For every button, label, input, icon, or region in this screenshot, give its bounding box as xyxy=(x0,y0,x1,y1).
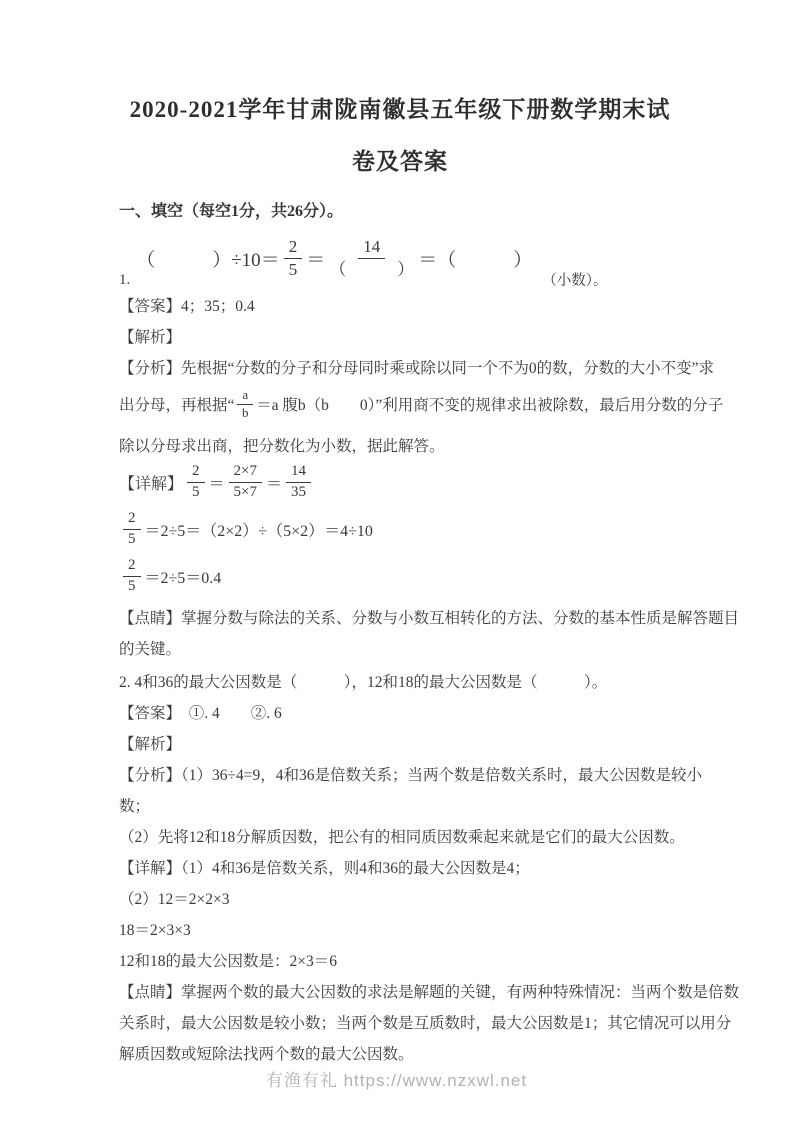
q1-fenxi-line2: 出分母，再根据“ a b ＝a 腹b（b 0）”利用商不变的规律求出被除数，最后… xyxy=(119,384,681,424)
fraction-a-over-b: a b xyxy=(237,388,253,421)
q1-number: 1. xyxy=(119,272,130,289)
q1-xiangjie-row2-text: ＝2÷5＝（2×2）÷（5×2）＝4÷10 xyxy=(145,518,373,541)
section1-heading: 一、填空（每空1分，共26分）。 xyxy=(119,198,681,221)
q2-xiangjie-line2: （2）12＝2×2×3 xyxy=(119,892,681,908)
q1-fenxi-line3: 除以分母求出商，把分数化为小数，据此解答。 xyxy=(119,439,681,455)
q2-xiangjie-line1: 【详解】（1）4和36是倍数关系，则4和36的最大公因数是4； xyxy=(119,861,681,877)
q1-dianjing-line2: 的关键。 xyxy=(119,642,681,658)
q1-xiangjie-row1: 【详解】 2 5 ＝ 2×7 5×7 ＝ 14 35 xyxy=(119,462,681,502)
fraction-denominator: 5 xyxy=(128,530,136,548)
q1-formula-equals: ＝ xyxy=(306,245,325,272)
q1-dianjing-line1: 【点睛】掌握分数与除法的关系、分数与小数互相转化的方法、分数的基本性质是解答题目 xyxy=(119,611,681,627)
q2-dianjing-line3: 解质因数或短除法找两个数的最大公因数。 xyxy=(119,1047,681,1063)
q1-decimal-note: （小数）。 xyxy=(542,269,607,290)
q1-fenxi-line2-pre: 出分母，再根据“ xyxy=(119,393,234,415)
q1-formula-post: ＝（ ） xyxy=(418,245,532,272)
fraction-numerator: 2 xyxy=(284,237,303,259)
q2-fenxi-line2: 数； xyxy=(119,799,681,815)
q2-xiangjie-line4: 12和18的最大公因数是：2×3＝6 xyxy=(119,954,681,970)
fraction-numerator: 2 xyxy=(187,463,205,482)
q2-answer: 【答案】 ①. 4 ②. 6 xyxy=(119,706,681,722)
q2-jiexi-label: 【解析】 xyxy=(119,737,681,753)
fraction-14-over-35: 14 35 xyxy=(286,463,311,501)
fraction-numerator: a xyxy=(237,388,253,405)
equals-sign: ＝ xyxy=(209,471,225,494)
fraction-denominator: 5×7 xyxy=(234,483,257,501)
fraction-numerator: 2×7 xyxy=(229,463,262,482)
document-page: 2020-2021学年甘肃陇南徽县五年级下册数学期末试卷及答案 一、填空（每空1… xyxy=(0,0,793,1122)
fraction-numerator: 14 xyxy=(358,237,385,259)
fraction-denominator: 5 xyxy=(289,259,298,280)
q1-formula: 1. （ ）÷10＝ 2 5 ＝ 14 （ ） ＝（ ） （小数）。 xyxy=(119,229,681,287)
q2-fenxi-line1: 【分析】（1）36÷4=9，4和36是倍数关系；当两个数是倍数关系时，最大公因数… xyxy=(119,768,681,784)
fraction-2-over-5: 2 5 xyxy=(284,237,303,279)
fraction-numerator: 2 xyxy=(123,510,141,529)
q2-xiangjie-line3: 18＝2×3×3 xyxy=(119,923,681,939)
fraction-14-over-blank: 14 （ ） xyxy=(329,237,414,279)
q1-answer: 【答案】4；35；0.4 xyxy=(119,299,681,315)
fraction-denominator-blank: （ ） xyxy=(329,259,414,280)
q2-dianjing-line2: 关系时，最大公因数是较小数；当两个数是互质数时，最大公因数是1；其它情况可以用分 xyxy=(119,1016,681,1032)
fraction-2-over-5: 2 5 xyxy=(187,463,205,501)
fraction-2x7-over-5x7: 2×7 5×7 xyxy=(229,463,262,501)
fraction-2-over-5: 2 5 xyxy=(123,557,141,595)
fraction-2-over-5: 2 5 xyxy=(123,510,141,548)
equals-sign: ＝ xyxy=(266,471,282,494)
q1-xiangjie-label: 【详解】 xyxy=(119,471,183,494)
q1-fenxi-line2-post: ＝a 腹b（b 0）”利用商不变的规律求出被除数，最后用分数的分子 xyxy=(256,393,723,415)
fraction-numerator: 14 xyxy=(286,463,311,482)
q1-xiangjie-row3-text: ＝2÷5＝0.4 xyxy=(145,565,222,588)
q1-fenxi-line1: 【分析】先根据“分数的分子和分母同时乘或除以同一个不为0的数，分数的大小不变”求 xyxy=(119,361,681,377)
fraction-denominator: 5 xyxy=(192,483,200,501)
q2-statement: 2. 4和36的最大公因数是（ ），12和18的最大公因数是（ ）。 xyxy=(119,675,681,691)
q1-xiangjie-row3: 2 5 ＝2÷5＝0.4 xyxy=(119,556,681,596)
q2-dianjing-line1: 【点睛】掌握两个数的最大公因数的求法是解题的关键，有两种特殊情况：当两个数是倍数 xyxy=(119,985,681,1001)
fraction-denominator: 5 xyxy=(128,577,136,595)
fraction-denominator: 35 xyxy=(291,483,306,501)
q1-jiexi-label: 【解析】 xyxy=(119,330,681,346)
footer-watermark: 有渔有礼 https://www.nzxwl.net xyxy=(0,1066,793,1091)
q1-xiangjie-row2: 2 5 ＝2÷5＝（2×2）÷（5×2）＝4÷10 xyxy=(119,509,681,549)
q2-fenxi-line3: （2）先将12和18分解质因数，把公有的相同质因数乘起来就是它们的最大公因数。 xyxy=(119,830,681,846)
q1-formula-pre: （ ）÷10＝ xyxy=(136,245,279,272)
page-title: 2020-2021学年甘肃陇南徽县五年级下册数学期末试卷及答案 xyxy=(119,0,681,188)
fraction-denominator: b xyxy=(242,405,249,421)
fraction-numerator: 2 xyxy=(123,557,141,576)
